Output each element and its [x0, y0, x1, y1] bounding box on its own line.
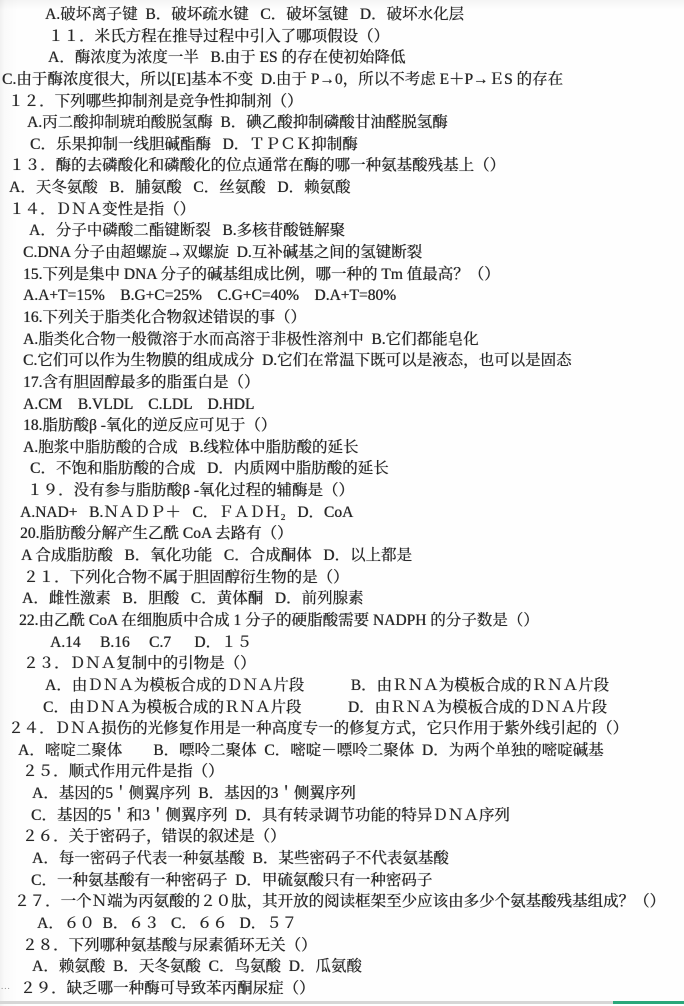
- exam-text-line: C．基因的5＇和3＇侧翼序列 D．具有转录调节功能的特异ＤＮＡ序列: [0, 805, 684, 827]
- exam-text-line: １２．下列哪些抑制剂是竞争性抑制剂（）: [0, 91, 684, 113]
- exam-text-line: A．基因的5＇侧翼序列 B．基因的3＇侧翼序列: [0, 783, 684, 805]
- exam-text-line: １９．没有参与脂肪酸β -氧化过程的辅酶是（）: [0, 480, 684, 502]
- exam-question-text-block: A.破坏离子键 B．破坏疏水键 C．破坏氢键 D．破坏水化层１１．米氏方程在推导…: [0, 4, 684, 999]
- exam-text-line: 20.脂肪酸分解产生乙酰 CoA 去路有（）: [0, 523, 684, 545]
- exam-text-line: C.它们可以作为生物膜的组成成分 D.它们在常温下既可以是液态，也可以是固态: [0, 350, 684, 372]
- exam-text-line: 17.含有胆固醇最多的脂蛋白是（）: [0, 372, 684, 394]
- exam-text-line: C．乐果抑制一线胆碱酯酶 D．ＴＰＣＫ抑制酶: [0, 134, 684, 156]
- scanned-exam-page: A.破坏离子键 B．破坏疏水键 C．破坏氢键 D．破坏水化层１１．米氏方程在推导…: [0, 0, 684, 1006]
- scan-artifact-dots: ...: [1, 982, 11, 991]
- exam-text-line: ２１．下列化合物不属于胆固醇衍生物的是（）: [0, 567, 684, 589]
- exam-text-line: 22.由乙酰 CoA 在细胞质中合成 1 分子的硬脂酸需要 NADPH 的分子数…: [0, 610, 684, 632]
- exam-text-line: 18.脂肪酸β -氧化的逆反应可见于（）: [0, 415, 684, 437]
- exam-text-line: C．不饱和脂肪酸的合成 D．内质网中脂肪酸的延长: [0, 458, 684, 480]
- exam-text-line: ２３．ＤＮＡ复制中的引物是（）: [0, 653, 684, 675]
- exam-text-line: １１．米氏方程在推导过程中引入了哪项假设（）: [0, 26, 684, 48]
- exam-text-line: A.胞浆中脂肪酸的合成 B.线粒体中脂肪酸的延长: [0, 437, 684, 459]
- exam-text-line: １４．ＤＮＡ变性是指（）: [0, 199, 684, 221]
- exam-text-line: A．酶浓度为浓度一半 B.由于 ES 的存在使初始降低: [0, 47, 684, 69]
- exam-text-line: A．由ＤＮＡ为模板合成的ＤＮＡ片段 B．由ＲＮＡ为模板合成的ＲＮＡ片段: [0, 675, 684, 697]
- exam-text-line: １３．酶的去磷酸化和磷酸化的位点通常在酶的哪一种氨基酸残基上（）: [0, 155, 684, 177]
- exam-text-line: A.14 B.16 C.7 D．１５: [0, 632, 684, 654]
- exam-text-line: A．６０ B．６３ C．６６ D．５７: [0, 913, 684, 935]
- exam-text-line: A．赖氨酸 B．天冬氨酸 C．鸟氨酸 D．瓜氨酸: [0, 956, 684, 978]
- exam-text-line: C.由于酶浓度很大，所以[E]基本不变 D.由于 P→0，所以不考虑 E＋P→Ｅ…: [0, 69, 684, 91]
- exam-text-line: A.NAD+ B.ＮＡＤＰ＋ C．ＦＡＤＨ₂ D．CoA: [0, 502, 684, 524]
- exam-text-line: A．雌性激素 B．胆酸 C．黄体酮 D．前列腺素: [0, 588, 684, 610]
- exam-text-line: A．天冬氨酸 B．脯氨酸 C．丝氨酸 D．赖氨酸: [0, 177, 684, 199]
- exam-text-line: ２６．关于密码子，错误的叙述是（）: [0, 826, 684, 848]
- exam-text-line: A.破坏离子键 B．破坏疏水键 C．破坏氢键 D．破坏水化层: [0, 4, 684, 26]
- exam-text-line: ２５．顺式作用元件是指（）: [0, 761, 684, 783]
- exam-text-line: C．由ＤＮＡ为模板合成的ＲＮＡ片段 D．由ＲＮＡ为模板合成的ＤＮＡ片段: [0, 697, 684, 719]
- exam-text-line: ２８．下列哪种氨基酸与尿素循环无关（）: [0, 935, 684, 957]
- exam-text-line: A．分子中磷酸二酯键断裂 B.多核苷酸链解聚: [0, 220, 684, 242]
- exam-text-line: 15.下列是集中 DNA 分子的碱基组成比例，哪一种的 Tm 值最高？（）: [0, 264, 684, 286]
- exam-text-line: C.DNA 分子由超螺旋→双螺旋 D.互补碱基之间的氢键断裂: [0, 242, 684, 264]
- exam-text-line: A.A+T=15% B.G+C=25% C.G+C=40% D.A+T=80%: [0, 285, 684, 307]
- exam-text-line: 16.下列关于脂类化合物叙述错误的事（）: [0, 307, 684, 329]
- exam-text-line: A．每一密码子代表一种氨基酸 B．某些密码子不代表氨基酸: [0, 848, 684, 870]
- exam-text-line: ２４．ＤＮＡ损伤的光修复作用是一种高度专一的修复方式，它只作用于紫外线引起的（）: [0, 718, 684, 740]
- exam-text-line: A.CM B.VLDL C.LDL D.HDL: [0, 394, 684, 416]
- exam-text-line: A 合成脂肪酸 B．氧化功能 C．合成酮体 D．以上都是: [0, 545, 684, 567]
- exam-text-line: A.丙二酸抑制琥珀酸脱氢酶 B．碘乙酸抑制磷酸甘油醛脱氢酶: [0, 112, 684, 134]
- exam-text-line: A．嘧啶二聚体 B．嘌呤二聚体 C．嘧啶－嘌呤二聚体 D．为两个单独的嘧啶碱基: [0, 740, 684, 762]
- exam-text-line: ２９．缺乏哪一种酶可导致苯丙酮尿症（）: [0, 978, 684, 1000]
- exam-text-line: A.脂类化合物一般微溶于水而高溶于非极性溶剂中 B.它们都能皂化: [0, 329, 684, 351]
- horizontal-scrollbar-track[interactable]: [0, 1001, 684, 1004]
- exam-text-line: ２７．一个Ｎ端为丙氨酸的２０肽，其开放的阅读框架至少应该由多少个氨基酸残基组成？…: [0, 891, 684, 913]
- exam-text-line: C．一种氨基酸有一种密码子 D．甲硫氨酸只有一种密码子: [0, 870, 684, 892]
- horizontal-scrollbar-thumb[interactable]: [613, 1001, 684, 1004]
